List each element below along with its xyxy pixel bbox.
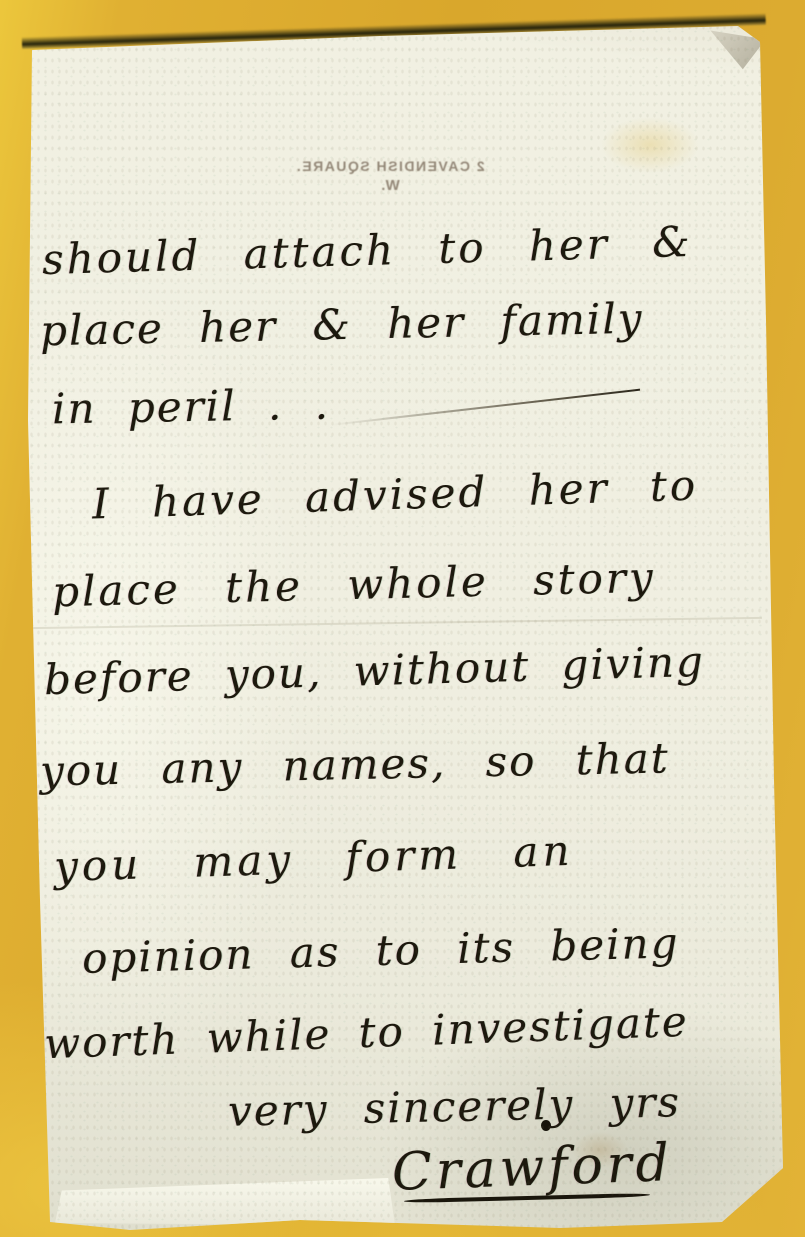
- letterhead-district: W.: [240, 177, 540, 194]
- signature: Crawford: [391, 1133, 674, 1203]
- scan-background: 2 CAVENDISH SQUARE. W. should attach to …: [0, 0, 805, 1237]
- letterhead-address: 2 CAVENDISH SQUARE.: [240, 158, 540, 174]
- paper-torn-bottom-flap: [55, 1178, 395, 1228]
- handwriting-line: I have advised her to: [91, 460, 698, 528]
- handwriting-line: opinion as to its being: [81, 918, 680, 983]
- letter-paper: 2 CAVENDISH SQUARE. W. should attach to …: [0, 0, 805, 1237]
- handwriting-line: you any names, so that: [40, 733, 671, 795]
- pen-flourish-stroke: [330, 389, 640, 426]
- handwriting-line: in peril . .: [52, 380, 331, 434]
- paper-fold-bottom-right: [724, 1162, 784, 1220]
- handwriting-line: should attach to her &: [41, 217, 693, 284]
- closing-line: very sincerely yrs: [228, 1077, 682, 1135]
- letterhead-mirrored: 2 CAVENDISH SQUARE. W.: [240, 158, 540, 194]
- handwriting-line: place her & her family: [40, 294, 644, 356]
- handwriting-line: place the whole story: [51, 553, 656, 617]
- ink-blot: [541, 1120, 551, 1131]
- handwriting-line: worth while to investigate: [43, 997, 689, 1068]
- handwriting-line: before you, without giving: [43, 637, 705, 704]
- paper-crease: [30, 617, 762, 629]
- handwriting-line: you may form an: [53, 826, 574, 891]
- paper-fold-top-right: [708, 27, 768, 71]
